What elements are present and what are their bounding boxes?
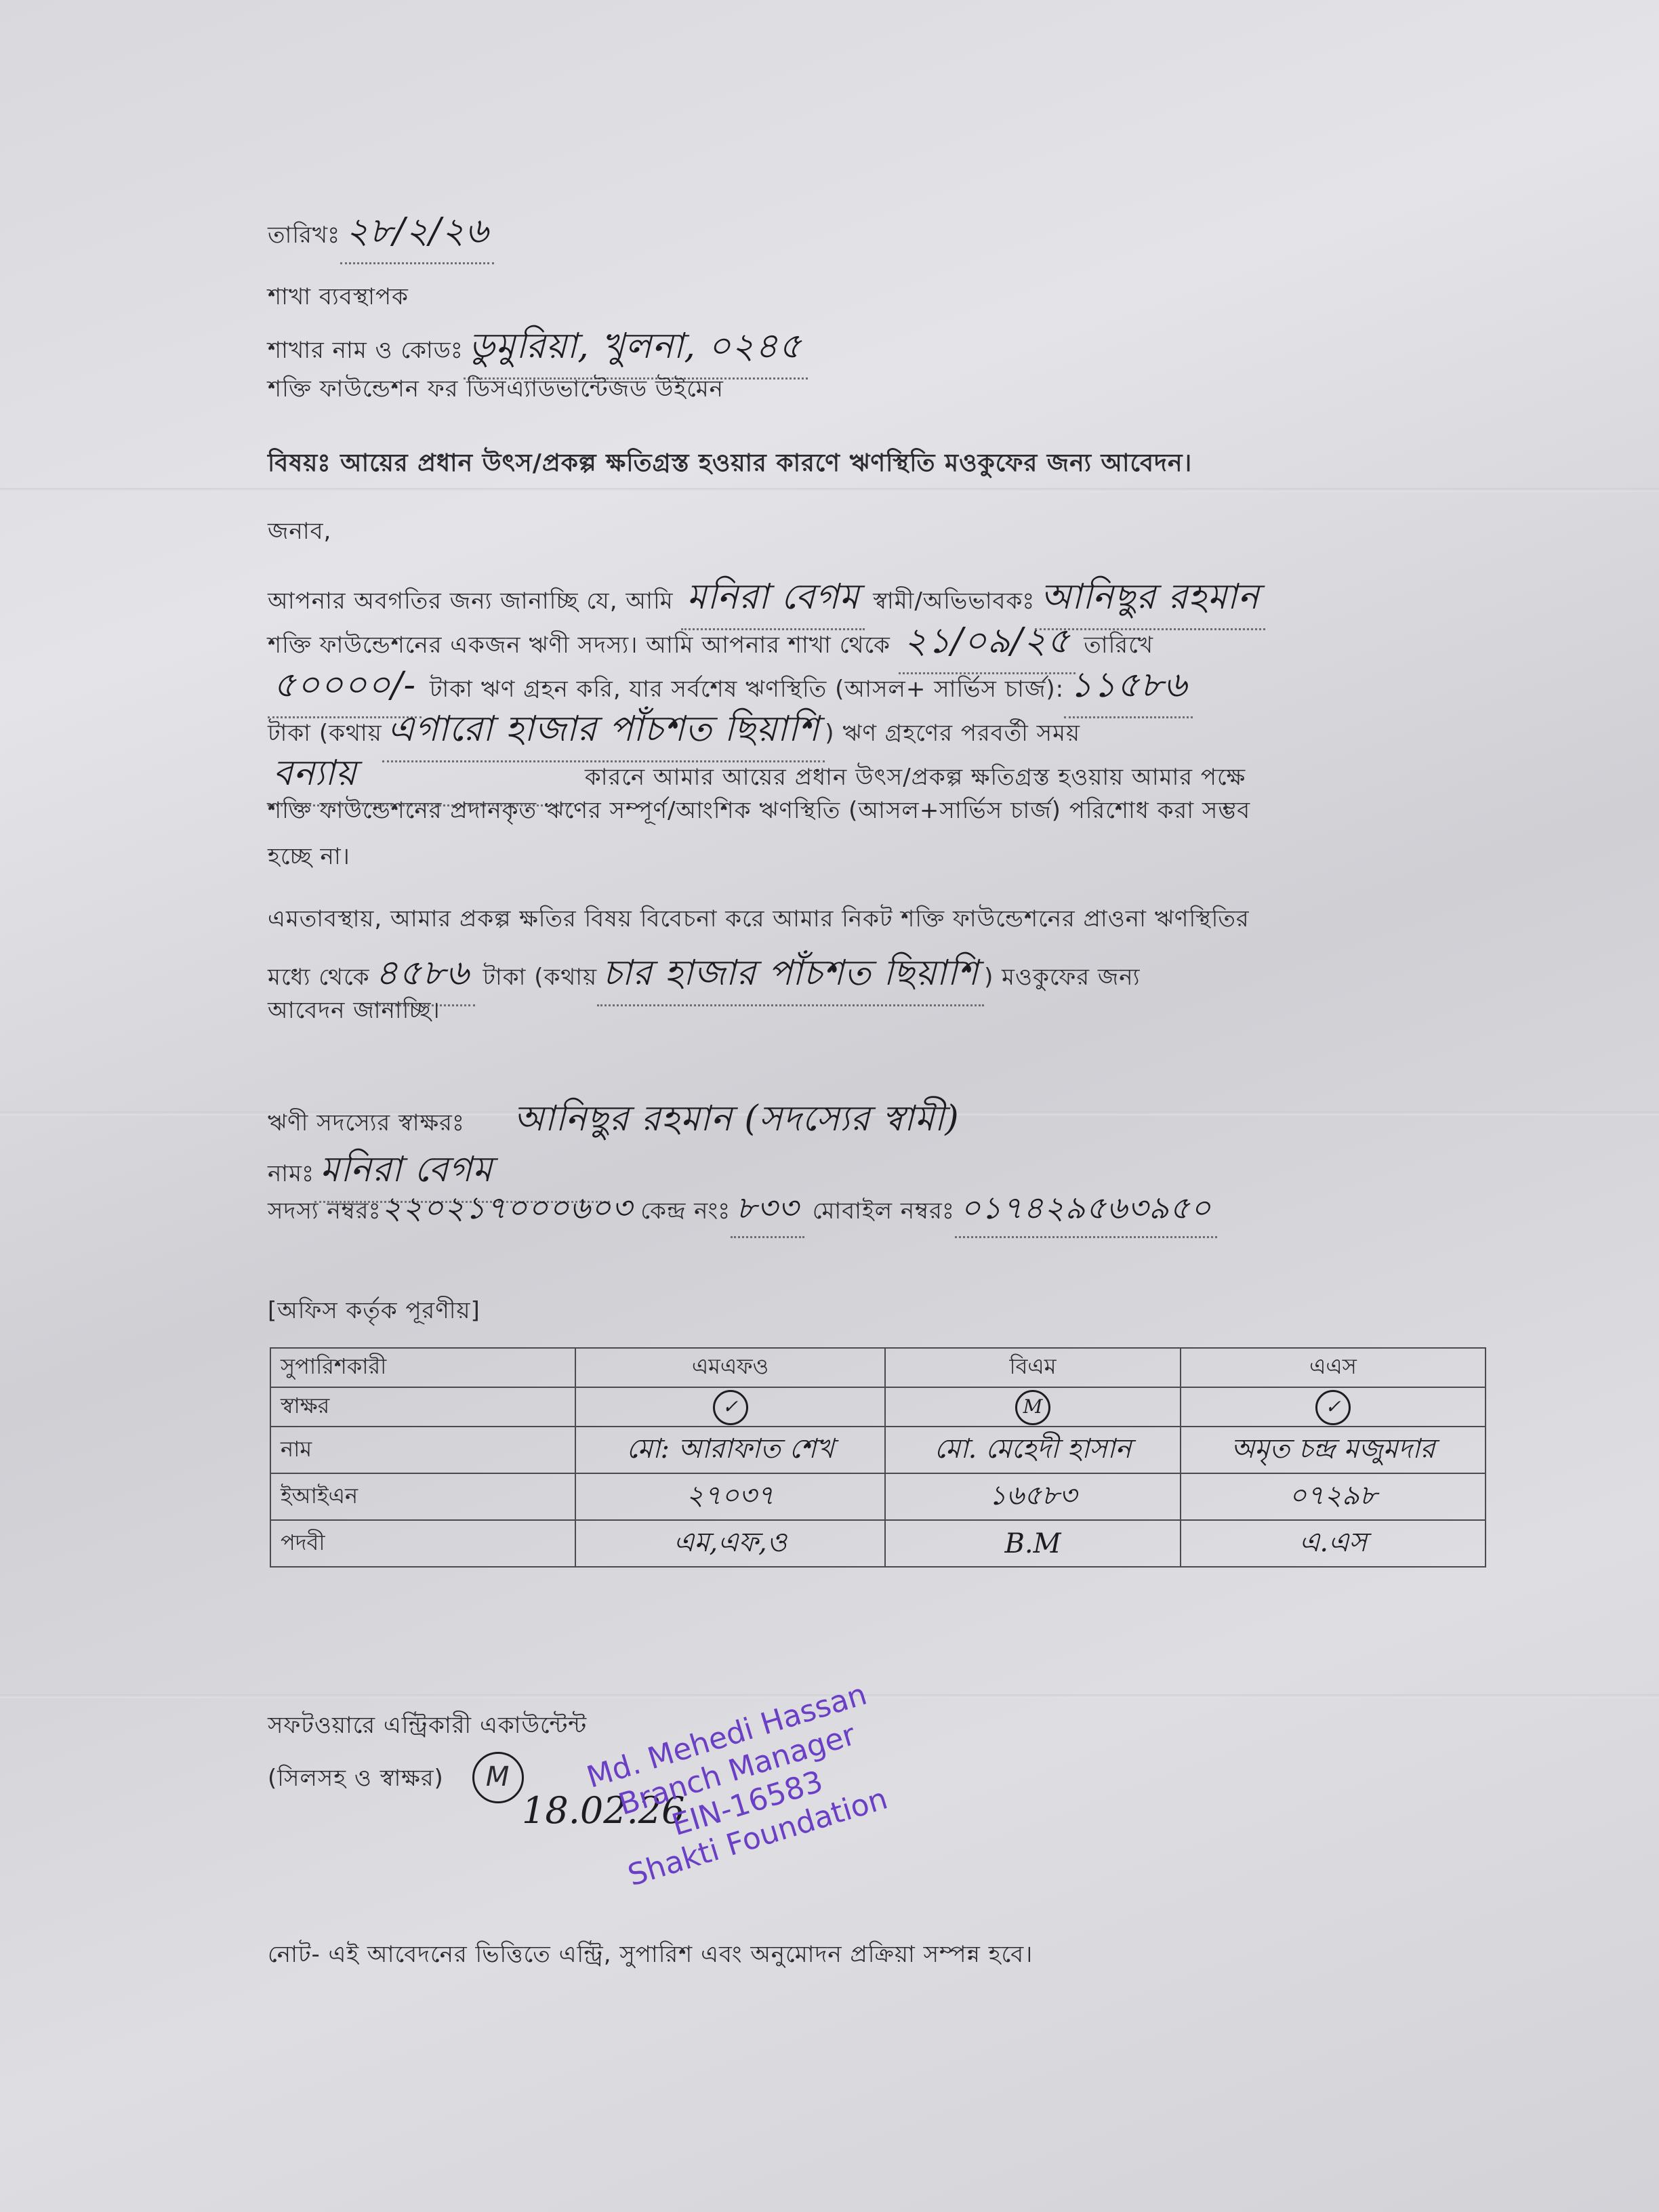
office-section-title: [অফিস কর্তৃক পূরণীয়]: [268, 1293, 480, 1332]
application-form-page: তারিখঃ২৮/২/২৬ শাখা ব্যবস্থাপক শাখার নাম …: [0, 0, 1659, 2212]
row-label: নাম: [270, 1427, 575, 1473]
accountant-initial-icon: M: [472, 1752, 524, 1803]
member-no-value: ২২০২১৭০০০৬০৩: [382, 1189, 633, 1226]
body-text: মধ্যে থেকে: [268, 964, 370, 991]
branch-value: ডুমুরিয়া, খুলনা, ০২৪৫: [464, 319, 808, 380]
row-label: পদবী: [270, 1520, 575, 1567]
table-header-row: সুপারিশকারী এমএফও বিএম এএস: [270, 1348, 1486, 1387]
cell: ০৭২৯৮: [1181, 1473, 1486, 1520]
body-text: টাকা (কথায়: [483, 964, 597, 991]
signature-cell: ✓: [575, 1387, 885, 1427]
table-row: পদবী এম,এফ,ও B.M এ.এস: [270, 1520, 1486, 1567]
member-no-label: সদস্য নম্বরঃ: [268, 1197, 382, 1225]
salutation: জনাব,: [268, 514, 331, 552]
signature-mark-icon: ✓: [713, 1390, 748, 1425]
signature-cell: M: [885, 1387, 1181, 1427]
accountant-label: সফটওয়ারে এন্ট্রিকারী একাউন্টেন্ট: [268, 1708, 587, 1746]
organization-name: শক্তি ফাউন্ডেশন ফর ডিসএ্যাডভান্টেজড উইমে…: [268, 371, 724, 410]
branch-label: শাখার নাম ও কোডঃ: [268, 337, 464, 364]
body-text: আপনার অবগতির জন্য জানাচ্ছি যে, আমি: [268, 588, 674, 615]
date-line: তারিখঃ২৮/২/২৬: [268, 203, 494, 264]
cell: এ.এস: [1181, 1520, 1486, 1567]
body-line-8: এমতাবস্থায়, আমার প্রকল্প ক্ষতির বিষয় ব…: [268, 901, 1250, 940]
branch-line: শাখার নাম ও কোডঃডুমুরিয়া, খুলনা, ০২৪৫: [268, 319, 808, 380]
table-header: এএস: [1181, 1348, 1486, 1387]
body-text: কারনে আমার আয়ের প্রধান উৎস/প্রকল্প ক্ষত…: [585, 764, 1246, 791]
body-text: ) মওকুফের জন্য: [984, 964, 1140, 991]
row-label: স্বাক্ষর: [270, 1387, 575, 1427]
body-text: শক্তি ফাউন্ডেশনের একজন ঋণী সদস্য। আমি আপ…: [268, 632, 890, 659]
applicant-signature: আনিছুর রহমান (সদস্যের স্বামী): [514, 1099, 960, 1139]
body-line-6: শক্তি ফাউন্ডেশনের প্রদানকৃত ঋণের সম্পূর্…: [268, 793, 1250, 832]
row-label: ইআইএন: [270, 1473, 575, 1520]
body-text: তারিখে: [1084, 632, 1153, 659]
table-header: বিএম: [885, 1348, 1181, 1387]
subject-line: বিষয়ঃ আয়ের প্রধান উৎস/প্রকল্প ক্ষতিগ্র…: [268, 445, 1192, 485]
table-header: এমএফও: [575, 1348, 885, 1387]
seal-signature-label: (সিলসহ ও স্বাক্ষর): [268, 1765, 444, 1792]
waiver-words-field: চার হাজার পাঁচশত ছিয়াশি: [597, 945, 984, 1006]
table-header: সুপারিশকারী: [270, 1348, 575, 1387]
cell: B.M: [885, 1520, 1181, 1567]
footer-note: নোট- এই আবেদনের ভিত্তিতে এন্ট্রি, সুপারি…: [268, 1937, 1033, 1975]
body-text: ) ঋণ গ্রহণের পরবর্তী সময়: [825, 720, 1080, 747]
mobile-label: মোবাইল নম্বরঃ: [813, 1197, 955, 1225]
addressee: শাখা ব্যবস্থাপক: [268, 279, 409, 318]
table-row: ইআইএন ২৭০৩৭ ১৬৫৮৩ ০৭২৯৮: [270, 1473, 1486, 1520]
mobile-value: ০১৭৪২৯৫৬৩৯৫০: [955, 1185, 1217, 1238]
signature-mark-icon: ✓: [1315, 1390, 1351, 1425]
signature-cell: ✓: [1181, 1387, 1486, 1427]
table-row: নাম মো: আরাফাত শেখ মো. মেহেদী হাসান অমৃত…: [270, 1427, 1486, 1473]
table-row: স্বাক্ষর ✓ M ✓: [270, 1387, 1486, 1427]
accountant-sublabel: (সিলসহ ও স্বাক্ষর) M: [268, 1752, 524, 1803]
body-text: স্বামী/অভিভাবকঃ: [873, 588, 1035, 615]
paper-fold: [0, 488, 1659, 492]
recommendation-table: সুপারিশকারী এমএফও বিএম এএস স্বাক্ষর ✓ M …: [270, 1347, 1486, 1568]
signature-line: ঋণী সদস্যের স্বাক্ষরঃ আনিছুর রহমান (সদস্…: [268, 1091, 960, 1150]
cell: ১৬৫৮৩: [885, 1473, 1181, 1520]
center-no-value: ৮৩৩: [731, 1185, 804, 1238]
cell: মো: আরাফাত শেখ: [575, 1427, 885, 1473]
cell: এম,এফ,ও: [575, 1520, 885, 1567]
cell: মো. মেহেদী হাসান: [885, 1427, 1181, 1473]
cell: ২৭০৩৭: [575, 1473, 885, 1520]
member-info-line: সদস্য নম্বরঃ২২০২১৭০০০৬০৩ কেন্দ্র নংঃ৮৩৩ …: [268, 1185, 1217, 1238]
body-text: টাকা (কথায়: [268, 720, 382, 747]
date-label: তারিখঃ: [268, 222, 340, 249]
body-line-10: আবেদন জানাচ্ছি।: [268, 993, 441, 1031]
center-no-label: কেন্দ্র নংঃ: [640, 1197, 731, 1225]
body-line-7: হচ্ছে না।: [268, 839, 350, 878]
name-label: নামঃ: [268, 1160, 314, 1187]
body-text: টাকা ঋণ গ্রহন করি, যার সর্বশেষ ঋণস্থিতি …: [430, 676, 1064, 703]
signature-label: ঋণী সদস্যের স্বাক্ষরঃ: [268, 1109, 465, 1136]
branch-manager-stamp: Md. Mehedi Hassan Branch Manager EIN-165…: [583, 1677, 902, 1897]
outstanding-field: ১১৫৮৬: [1064, 657, 1193, 718]
cell: অমৃত চন্দ্র মজুমদার: [1181, 1427, 1486, 1473]
date-value: ২৮/২/২৬: [340, 203, 494, 264]
signature-mark-icon: M: [1015, 1390, 1050, 1425]
